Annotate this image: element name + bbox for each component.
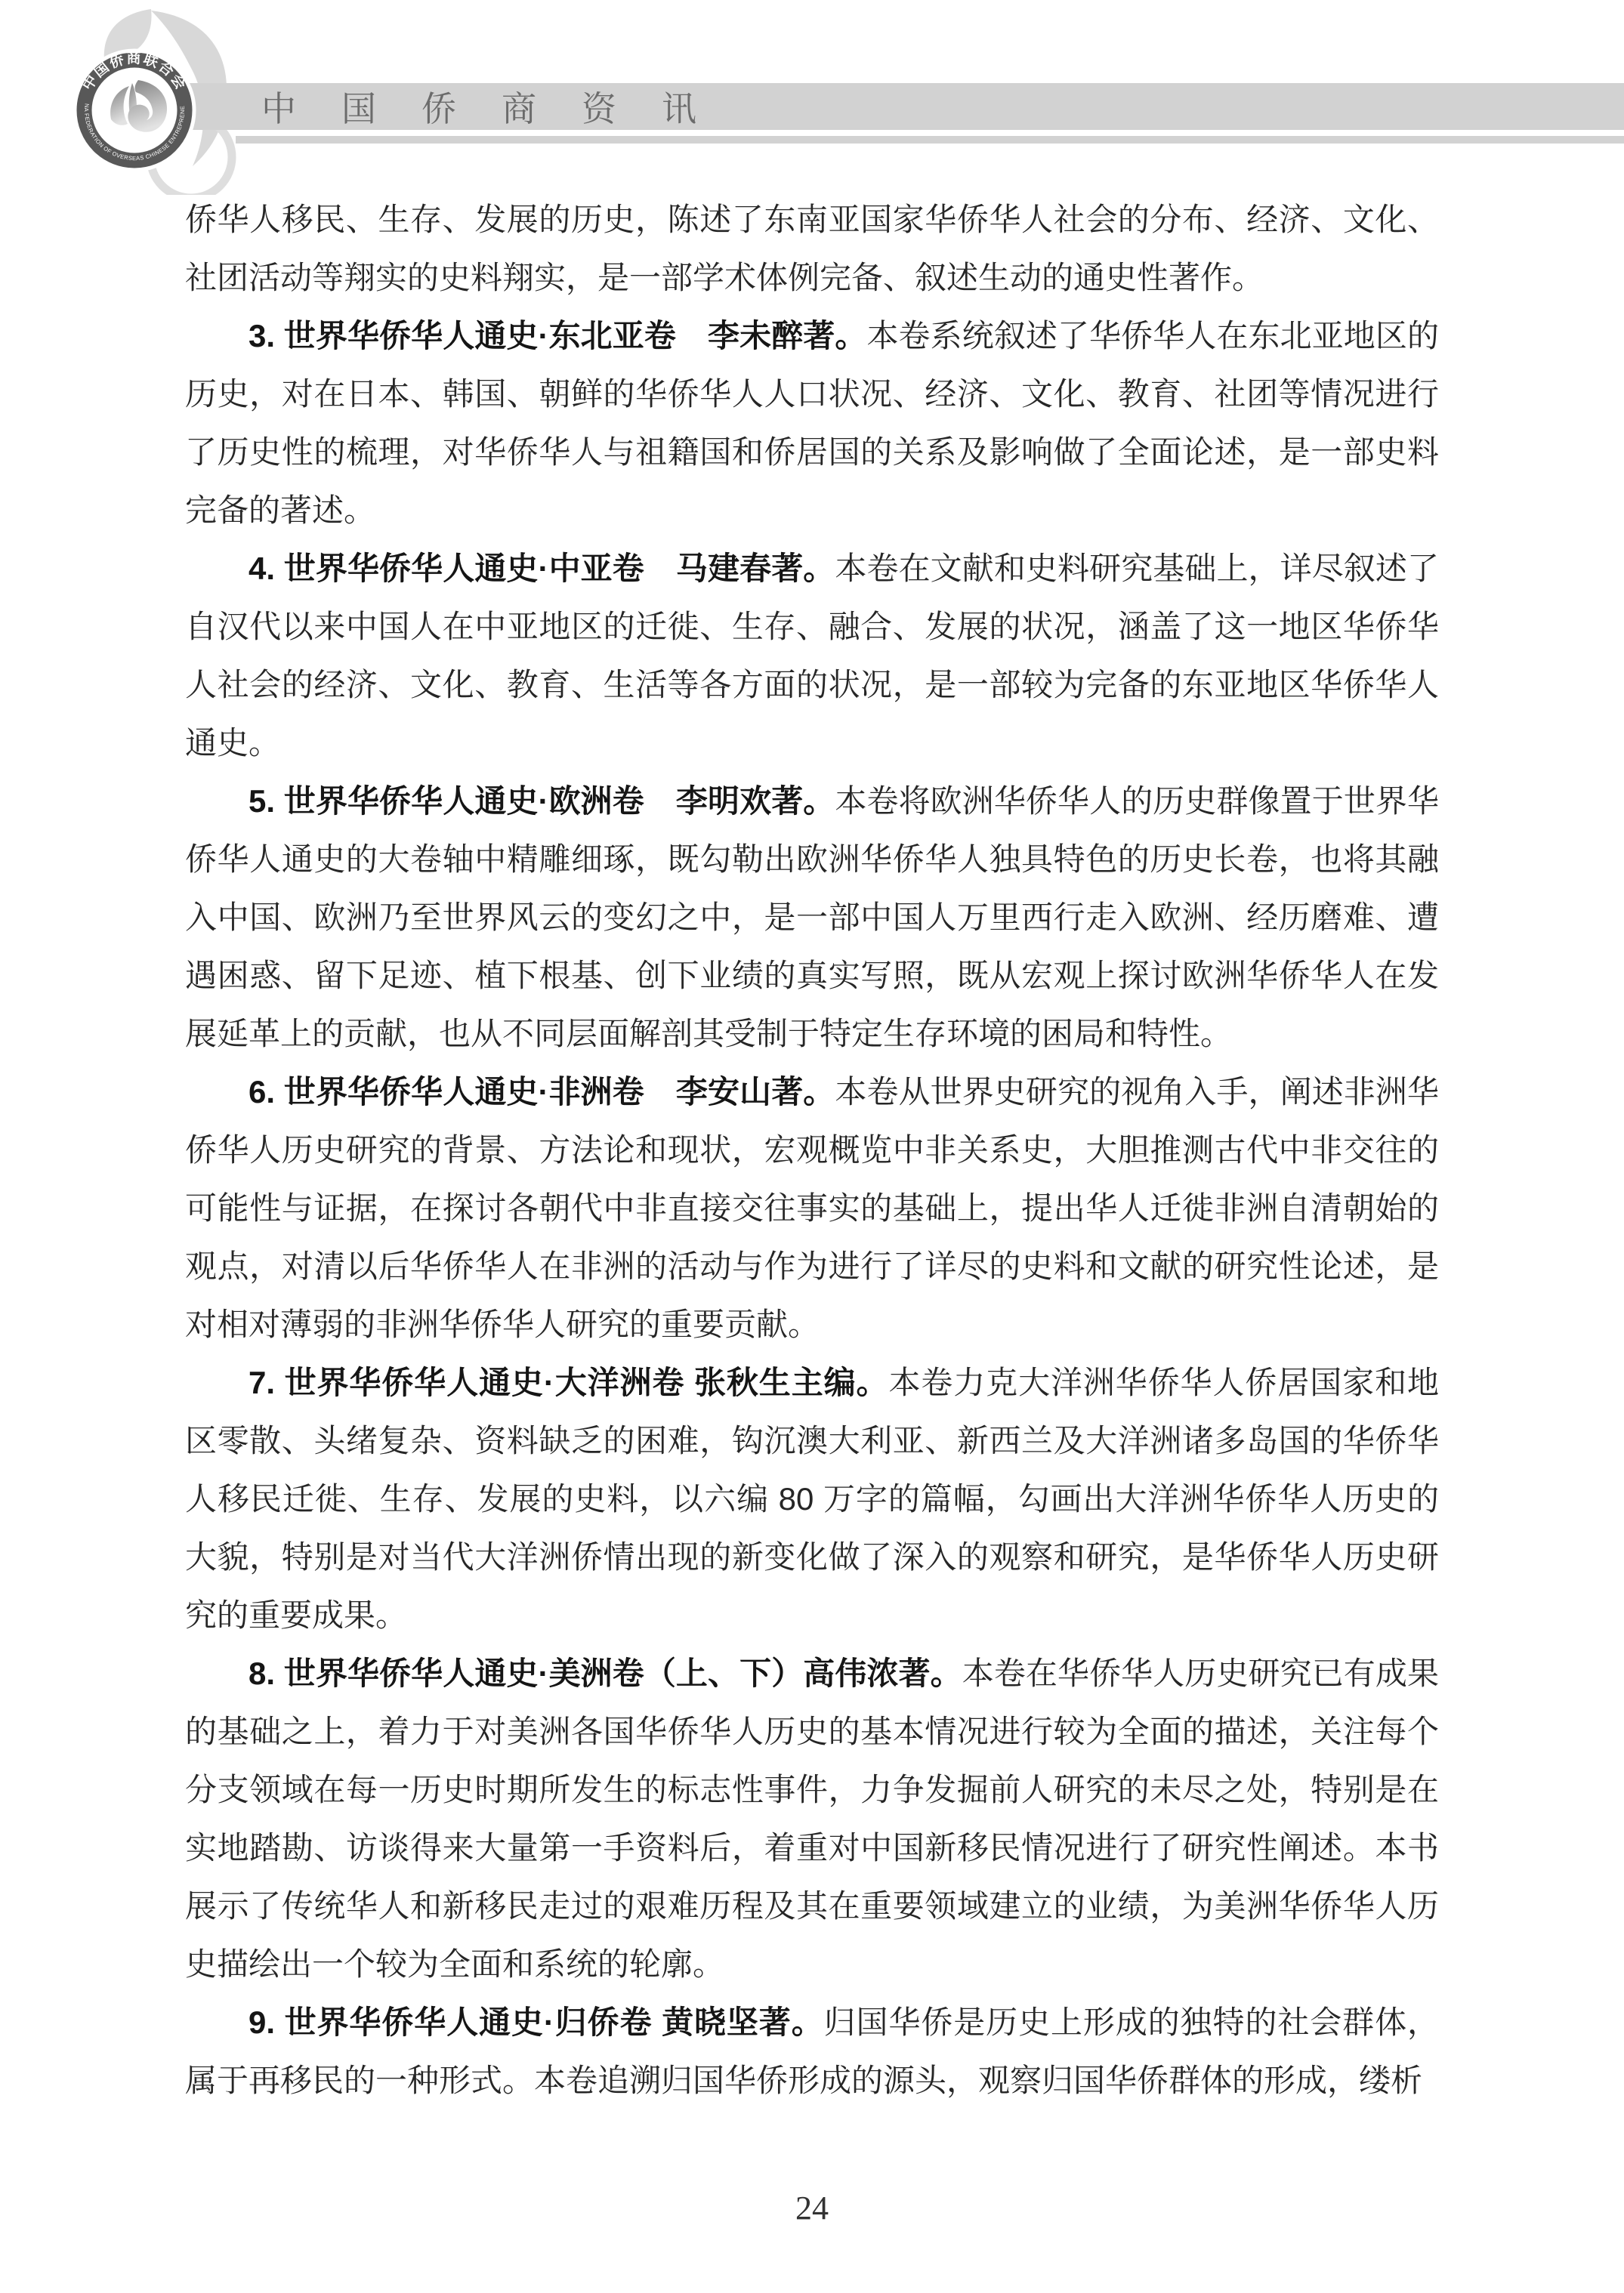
- text-run: 侨华人移民、生存、发展的历史，陈述了东南亚国家华侨华人社会的分布、经济、文化、社…: [185, 202, 1439, 295]
- document-page: 中国侨商资讯 中国侨商联合会 CHINA FEDERATION OF OVERS…: [0, 0, 1624, 2293]
- federation-seal-logo-icon: 中国侨商联合会 CHINA FEDERATION OF OVERSEAS CHI…: [38, 6, 264, 195]
- header-title: 中国侨商资讯: [261, 83, 742, 130]
- book-entry-title: 3. 世界华侨华人通史·东北亚卷 李未醉著。: [249, 318, 866, 353]
- paragraph: 3. 世界华侨华人通史·东北亚卷 李未醉著。本卷系统叙述了华侨华人在东北亚地区的…: [185, 307, 1439, 539]
- paragraph: 侨华人移民、生存、发展的历史，陈述了东南亚国家华侨华人社会的分布、经济、文化、社…: [185, 190, 1439, 307]
- book-entry-title: 6. 世界华侨华人通史·非洲卷 李安山著。: [249, 1074, 835, 1109]
- header-banner-thin-bar: [236, 136, 1624, 144]
- paragraph: 5. 世界华侨华人通史·欧洲卷 李明欢著。本卷将欧洲华侨华人的历史群像置于世界华…: [185, 772, 1439, 1063]
- book-entry-title: 5. 世界华侨华人通史·欧洲卷 李明欢著。: [249, 783, 835, 819]
- text-run: 本卷从世界史研究的视角入手，阐述非洲华侨华人历史研究的背景、方法论和现状，宏观概…: [185, 1074, 1439, 1342]
- paragraph: 9. 世界华侨华人通史·归侨卷 黄晓坚著。归国华侨是历史上形成的独特的社会群体，…: [185, 1993, 1439, 2109]
- body-text: 侨华人移民、生存、发展的历史，陈述了东南亚国家华侨华人社会的分布、经济、文化、社…: [185, 190, 1439, 2109]
- book-entry-title: 9. 世界华侨华人通史·归侨卷 黄晓坚著。: [249, 2004, 824, 2040]
- paragraph: 7. 世界华侨华人通史·大洋洲卷 张秋生主编。本卷力克大洋洲华侨华人侨居国家和地…: [185, 1353, 1439, 1644]
- paragraph: 4. 世界华侨华人通史·中亚卷 马建春著。本卷在文献和史料研究基础上，详尽叙述了…: [185, 539, 1439, 772]
- book-entry-title: 4. 世界华侨华人通史·中亚卷 马建春著。: [249, 551, 835, 586]
- page-number: 24: [0, 2189, 1624, 2227]
- paragraph: 8. 世界华侨华人通史·美洲卷（上、下）高伟浓著。本卷在华侨华人历史研究已有成果…: [185, 1644, 1439, 1993]
- book-entry-title: 7. 世界华侨华人通史·大洋洲卷 张秋生主编。: [249, 1365, 888, 1400]
- text-run: 本卷在华侨华人历史研究已有成果的基础之上，着力于对美洲各国华侨华人历史的基本情况…: [185, 1656, 1439, 1982]
- text-run: 本卷将欧洲华侨华人的历史群像置于世界华侨华人通史的大卷轴中精雕细琢，既勾勒出欧洲…: [185, 783, 1439, 1051]
- text-run: 本卷力克大洋洲华侨华人侨居国家和地区零散、头绪复杂、资料缺乏的困难，钩沉澳大利亚…: [185, 1365, 1439, 1633]
- book-entry-title: 8. 世界华侨华人通史·美洲卷（上、下）高伟浓著。: [249, 1656, 962, 1691]
- paragraph: 6. 世界华侨华人通史·非洲卷 李安山著。本卷从世界史研究的视角入手，阐述非洲华…: [185, 1063, 1439, 1353]
